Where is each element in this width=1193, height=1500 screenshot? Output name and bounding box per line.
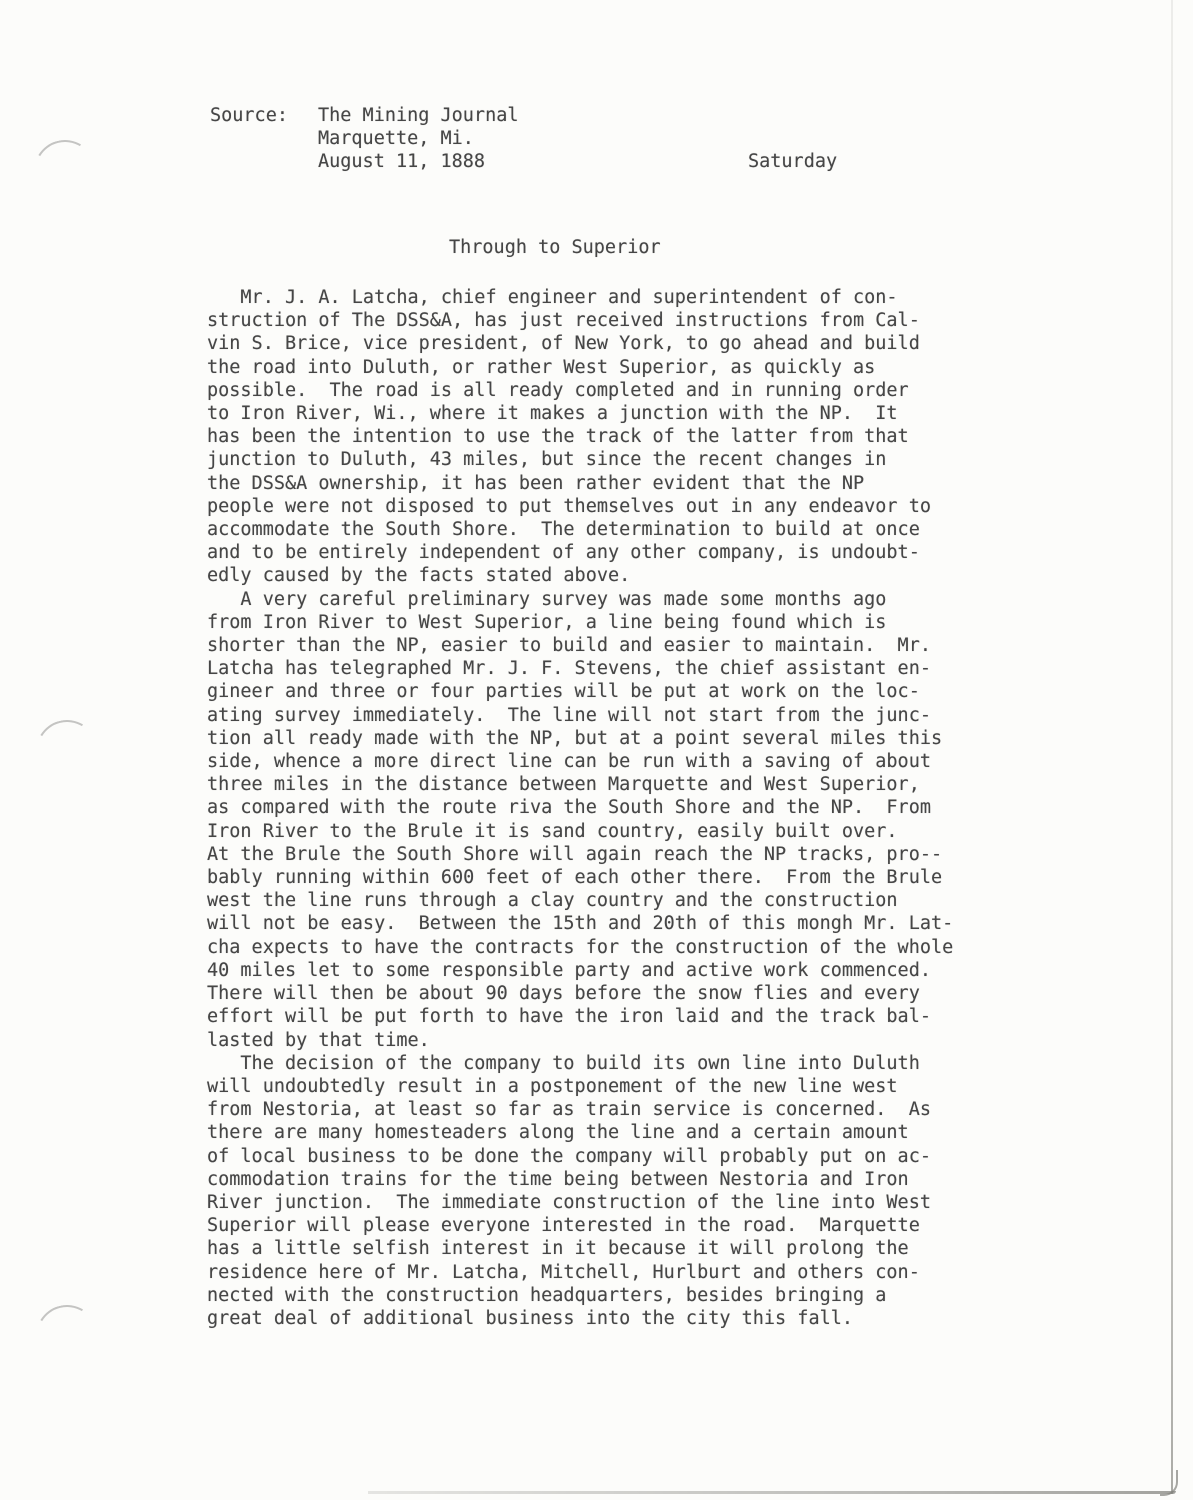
source-publication: The Mining Journal	[318, 104, 518, 127]
article-paragraph: A very careful preliminary survey was ma…	[207, 588, 997, 1052]
scan-edge-bottom	[368, 1491, 1176, 1494]
scan-edge-right	[1171, 0, 1173, 1494]
article-body: Mr. J. A. Latcha, chief engineer and sup…	[207, 286, 997, 1330]
source-label: Source:	[210, 104, 288, 127]
scanned-document-page: Source: The Mining Journal Marquette, Mi…	[0, 0, 1193, 1500]
punch-hole-arc	[29, 713, 104, 788]
article-paragraph: Mr. J. A. Latcha, chief engineer and sup…	[207, 286, 997, 588]
article-title: Through to Superior	[449, 236, 661, 259]
punch-hole-arc	[27, 133, 102, 208]
punch-hole-arc	[29, 1298, 104, 1373]
source-weekday: Saturday	[748, 150, 837, 173]
article-paragraph: The decision of the company to build its…	[207, 1052, 997, 1330]
source-date: August 11, 1888	[318, 150, 485, 173]
source-location: Marquette, Mi.	[318, 127, 474, 150]
